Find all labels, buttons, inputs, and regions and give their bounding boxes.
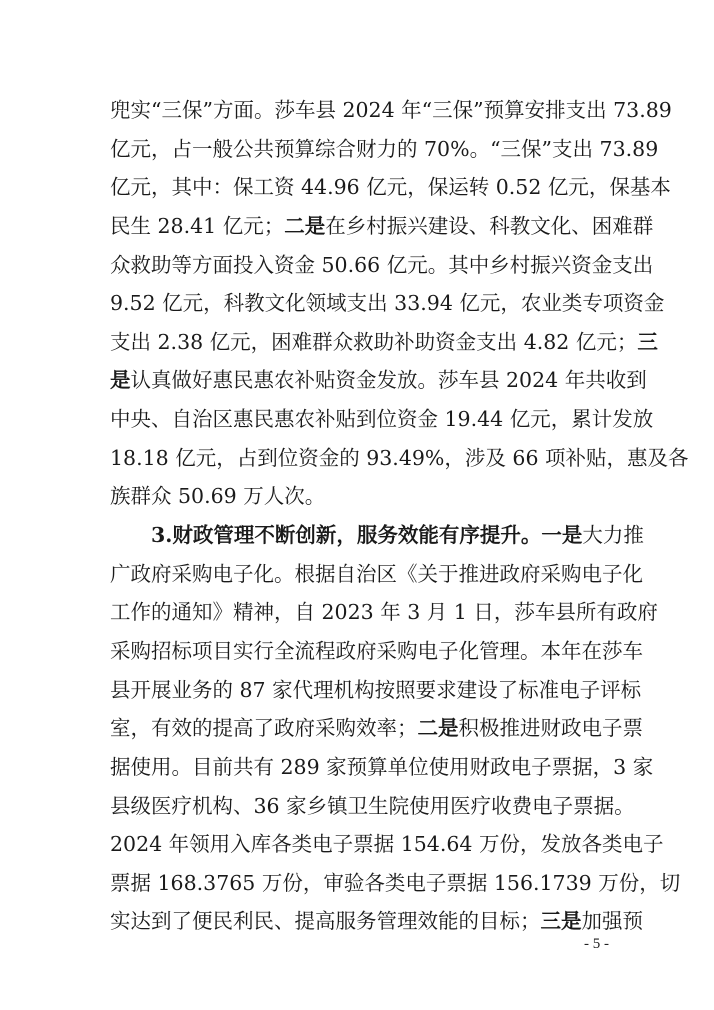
- text-line: 兜实“三保”方面。莎车县 2024 年“三保”预算安排支出 73.89: [110, 91, 607, 130]
- text-segment: 18.18 亿元，占到位资金的 93.49%，涉及 66 项补贴，惠及各: [110, 446, 689, 470]
- text-line: 是认真做好惠民惠农补贴资金发放。莎车县 2024 年共收到: [110, 361, 607, 400]
- text-line: 工作的通知》精神，自 2023 年 3 月 1 日，莎车县所有政府: [110, 593, 607, 632]
- text-segment: 广政府采购电子化。根据自治区《关于推进政府采购电子化: [110, 562, 643, 586]
- bold-text-segment: 是: [110, 368, 131, 392]
- text-line: 中央、自治区惠民惠农补贴到位资金 19.44 亿元，累计发放: [110, 400, 607, 439]
- text-segment: 众救助等方面投入资金 50.66 亿元。其中乡村振兴资金支出: [110, 253, 653, 277]
- bold-text-segment: 三: [637, 330, 658, 354]
- text-segment: 认真做好惠民惠农补贴资金发放。莎车县 2024 年共收到: [131, 368, 647, 392]
- page-number: - 5 -: [584, 936, 609, 953]
- text-segment: 县开展业务的 87 家代理机构按照要求建设了标准电子评标: [110, 678, 641, 702]
- text-line: 亿元，其中：保工资 44.96 亿元，保运转 0.52 亿元，保基本: [110, 168, 607, 207]
- bold-text-segment: 二是: [284, 214, 325, 238]
- text-line: 广政府采购电子化。根据自治区《关于推进政府采购电子化: [110, 555, 607, 594]
- text-segment: 县级医疗机构、36 家乡镇卫生院使用医疗收费电子票据。: [110, 794, 635, 818]
- text-segment: 采购招标项目实行全流程政府采购电子化管理。本年在莎车: [110, 639, 643, 663]
- text-line: 支出 2.38 亿元，困难群众救助补助资金支出 4.82 亿元；三: [110, 323, 607, 362]
- text-line: 实达到了便民利民、提高服务管理效能的目标；三是加强预: [110, 902, 607, 941]
- text-line: 采购招标项目实行全流程政府采购电子化管理。本年在莎车: [110, 632, 607, 671]
- text-line: 众救助等方面投入资金 50.66 亿元。其中乡村振兴资金支出: [110, 246, 607, 285]
- text-segment: 工作的通知》精神，自 2023 年 3 月 1 日，莎车县所有政府: [110, 600, 658, 624]
- text-segment: 中央、自治区惠民惠农补贴到位资金 19.44 亿元，累计发放: [110, 407, 653, 431]
- text-line: 9.52 亿元，科教文化领域支出 33.94 亿元，农业类专项资金: [110, 284, 607, 323]
- text-line: 县开展业务的 87 家代理机构按照要求建设了标准电子评标: [110, 671, 607, 710]
- text-segment: 票据 168.3765 万份，审验各类电子票据 156.1739 万份，切: [110, 871, 680, 895]
- text-segment: 2024 年领用入库各类电子票据 154.64 万份，发放各类电子: [110, 832, 663, 856]
- text-segment: 据使用。目前共有 289 家预算单位使用财政电子票据，3 家: [110, 755, 653, 779]
- text-segment: 民生 28.41 亿元；: [110, 214, 284, 238]
- bold-text-segment: 3.财政管理不断创新，服务效能有序提升。一是: [151, 523, 582, 547]
- text-segment: 兜实“三保”方面。莎车县 2024 年“三保”预算安排支出 73.89: [110, 98, 672, 122]
- text-line: 县级医疗机构、36 家乡镇卫生院使用医疗收费电子票据。: [110, 787, 607, 826]
- text-line: 民生 28.41 亿元；二是在乡村振兴建设、科教文化、困难群: [110, 207, 607, 246]
- text-line: 2024 年领用入库各类电子票据 154.64 万份，发放各类电子: [110, 825, 607, 864]
- text-line: 据使用。目前共有 289 家预算单位使用财政电子票据，3 家: [110, 748, 607, 787]
- text-segment: 加强预: [582, 909, 644, 933]
- text-segment: 室，有效的提高了政府采购效率；: [110, 716, 418, 740]
- text-line: 3.财政管理不断创新，服务效能有序提升。一是大力推: [110, 516, 607, 555]
- text-segment: 支出 2.38 亿元，困难群众救助补助资金支出 4.82 亿元；: [110, 330, 637, 354]
- text-segment: 在乡村振兴建设、科教文化、困难群: [325, 214, 653, 238]
- text-segment: 实达到了便民利民、提高服务管理效能的目标；: [110, 909, 541, 933]
- text-segment: 亿元，其中：保工资 44.96 亿元，保运转 0.52 亿元，保基本: [110, 175, 671, 199]
- text-segment: 9.52 亿元，科教文化领域支出 33.94 亿元，农业类专项资金: [110, 291, 664, 315]
- text-line: 票据 168.3765 万份，审验各类电子票据 156.1739 万份，切: [110, 864, 607, 903]
- text-segment: 积极推进财政电子票: [459, 716, 644, 740]
- bold-text-segment: 三是: [541, 909, 582, 933]
- bold-text-segment: 二是: [418, 716, 459, 740]
- text-segment: 族群众 50.69 万人次。: [110, 484, 325, 508]
- text-line: 亿元，占一般公共预算综合财力的 70%。“三保”支出 73.89: [110, 130, 607, 169]
- text-line: 室，有效的提高了政府采购效率；二是积极推进财政电子票: [110, 709, 607, 748]
- text-line: 18.18 亿元，占到位资金的 93.49%，涉及 66 项补贴，惠及各: [110, 439, 607, 478]
- text-segment: 亿元，占一般公共预算综合财力的 70%。“三保”支出 73.89: [110, 137, 658, 161]
- text-segment: 大力推: [582, 523, 644, 547]
- text-line: 族群众 50.69 万人次。: [110, 477, 607, 516]
- body-text: 兜实“三保”方面。莎车县 2024 年“三保”预算安排支出 73.89亿元，占一…: [110, 91, 607, 941]
- document-page: 兜实“三保”方面。莎车县 2024 年“三保”预算安排支出 73.89亿元，占一…: [0, 0, 714, 1010]
